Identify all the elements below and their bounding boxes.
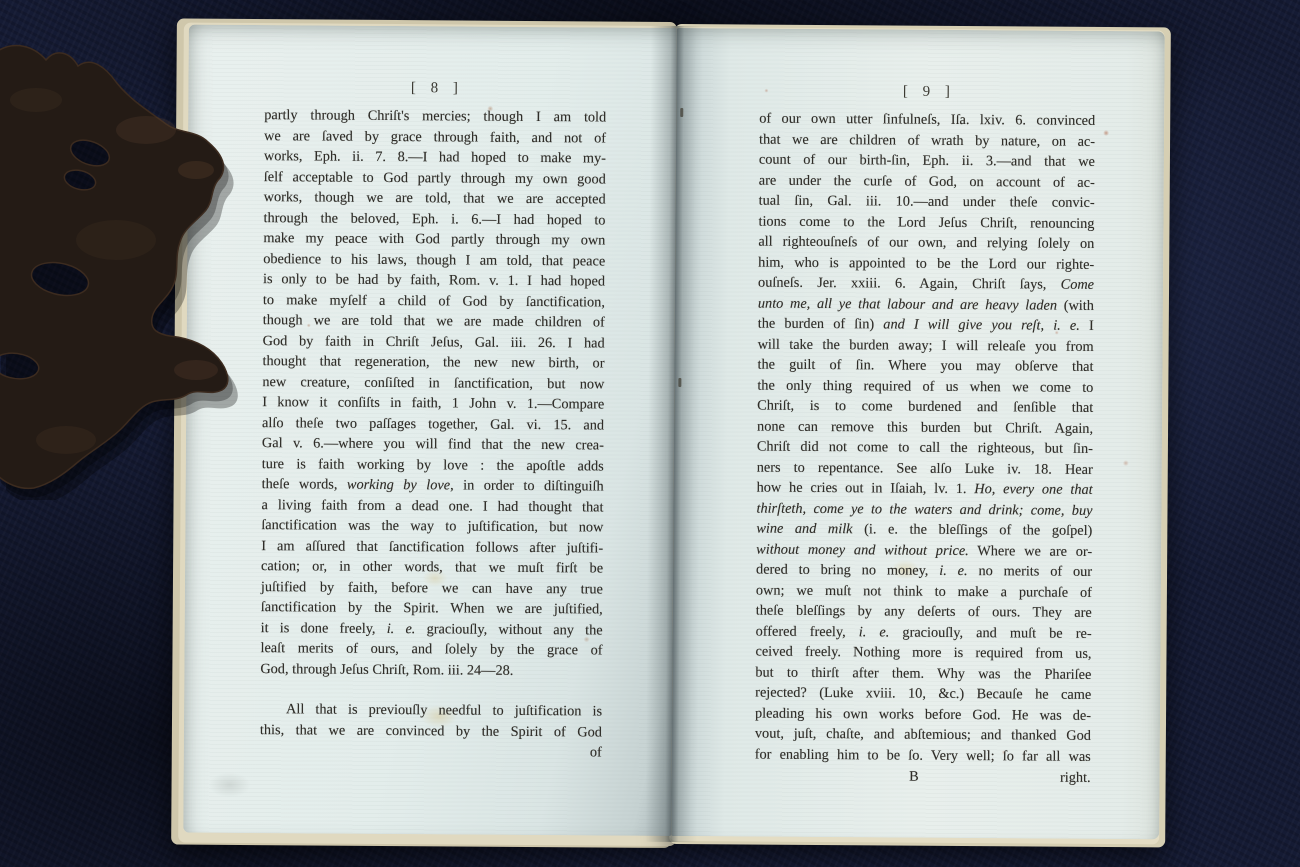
text-line: theſe bleſſings by any deſerts of ours. … [756,601,1092,624]
text-line: is only to be had by faith, Rom. v. 1. I… [263,269,605,292]
page-number-left: [ 8 ] [264,79,606,98]
text-line: but to thirſt after them. Why was the Ph… [755,662,1091,685]
text-line: tions come to the Lord Jeſus Chriſt, ren… [758,211,1094,234]
text-line: of our own utter ſinfulneſs, Iſa. lxiv. … [759,109,1095,132]
signature-row: B right. [755,766,1091,789]
text-line: will take the burden away; I will releaſ… [758,334,1094,357]
page-number-right: [ 9 ] [759,83,1095,102]
catchword-left: of [260,740,602,763]
text-line: Chriſt did not come to call the righteou… [757,437,1093,460]
text-line: cation; or, in other words, that we muſt… [261,556,603,579]
text-line: pleading his own works before God. He wa… [755,703,1091,726]
stitch-mark [680,108,683,117]
open-book: [ 8 ] partly through Chriſt's mercies; t… [183,19,1169,854]
text-line: I am aſſured that ſanctification follows… [261,536,603,559]
text-line: Chriſt, is to come burdened and ſenſible… [757,396,1093,419]
text-line: make my peace with God partly through my… [263,228,605,251]
text-line: count of our birth-ſin, Eph. ii. 3.—and … [759,150,1095,173]
text-line: rejected? (Luke xviii. 10, &c.) Becauſe … [755,683,1091,706]
text-line: though we are told that we are made chil… [263,310,605,333]
text-line: I know it conſiſts in faith, 1 John v. 1… [262,392,604,415]
text-line: new creature, conſiſted in ſanctificatio… [262,372,604,395]
left-page-lines: partly through Chriſt's mercies; though … [260,105,606,742]
text-line: are under the curſe of God, on account o… [759,170,1095,193]
signature-mark: B [909,767,919,788]
text-line: God, through Jeſus Chriſt, Rom. iii. 24—… [260,659,602,682]
text-line: the guilt of ſin. Where you may obſerve … [757,355,1093,378]
text-line: obedience to his laws, though I am told,… [263,249,605,272]
text-line: ſelf acceptable to God partly through my… [264,167,606,190]
text-line: thirſteth, come ye to the waters and dri… [756,498,1092,521]
text-line: ouſneſs. Jer. xxiii. 6. Again, Chriſt ſa… [758,273,1094,296]
text-line: ceived freely. Nothing more is required … [755,642,1091,665]
text-line: to make myſelf a child of God by ſanctif… [263,290,605,313]
rusted-iron-fragment [0,40,266,500]
text-line: partly through Chriſt's mercies; though … [264,105,606,128]
text-line: that we are children of wrath by nature,… [759,129,1095,152]
text-line: ners to repentance. See alſo Luke iv. 18… [757,457,1093,480]
text-line: All that is previouſly needful to juſtif… [260,699,602,722]
text-line: dered to bring no money, i. e. no merits… [756,560,1092,583]
text-line: it is done freely, i. e. graciouſly, wit… [261,618,603,641]
text-line: own; we muſt not think to make a purchaſ… [756,580,1092,603]
text-line: through the beloved, Eph. i. 6.—I had ho… [263,208,605,231]
text-line: for enabling him to be ſo. Very well; ſo… [755,744,1091,767]
text-line: none can remove this burden but Chriſt. … [757,416,1093,439]
catchword-right: right. [1060,768,1091,789]
text-line: how he cries out in Iſaiah, lv. 1. Ho, e… [757,478,1093,501]
text-line: tual ſin, Gal. iii. 10.—and under theſe … [759,191,1095,214]
text-line: the only thing required of us when we co… [757,375,1093,398]
text-line: leaſt merits of ours, and ſolely by the … [260,638,602,661]
text-line: we are ſaved by grace through faith, and… [264,126,606,149]
text-line: works, though we are told, that we are a… [264,187,606,210]
text-line: ture is faith working by love : the apoſ… [262,454,604,477]
text-line: works, Eph. ii. 7. 8.—I had hoped to mak… [264,146,606,169]
text-line: God by faith in Chriſt Jeſus, Gal. iii. … [263,331,605,354]
text-line: thought that regeneration, the new new b… [262,351,604,374]
text-line: vout, juſt, chaſte, and abſtemious; and … [755,724,1091,747]
text-line: theſe words, working by love, in order t… [262,474,604,497]
text-line: alſo theſe two paſſages together, Gal. v… [262,413,604,436]
text-line: Gal v. 6.—where you will find that the n… [262,433,604,456]
text-line: juſtified by faith, before we can have a… [261,577,603,600]
text-line: him, who is appointed to be the Lord our… [758,252,1094,275]
text-line: the burden of ſin) and I will give you r… [758,314,1094,337]
text-line: ſanctification by the Spirit. When we ar… [261,597,603,620]
stitch-mark [678,378,681,387]
right-page-textblock: [ 9 ] of our own utter ſinfulneſs, Iſa. … [755,83,1096,789]
text-line: this, that we are convinced by the Spiri… [260,720,602,743]
velvet-backdrop: [ 8 ] partly through Chriſt's mercies; t… [0,0,1300,867]
text-line: a living faith from a dead one. I had th… [261,495,603,518]
text-line: wine and milk (i. e. the bleſſings of th… [756,519,1092,542]
right-page-lines: of our own utter ſinfulneſs, Iſa. lxiv. … [755,109,1096,767]
text-line: all righteouſneſs of our own, and relyin… [758,232,1094,255]
text-line: ſanctification was the way to juſtificat… [261,515,603,538]
text-line: unto me, all ye that labour and are heav… [758,293,1094,316]
left-page-textblock: [ 8 ] partly through Chriſt's mercies; t… [260,79,607,763]
text-line: without money and without price. Where w… [756,539,1092,562]
text-line: offered freely, i. e. graciouſly, and mu… [756,621,1092,644]
